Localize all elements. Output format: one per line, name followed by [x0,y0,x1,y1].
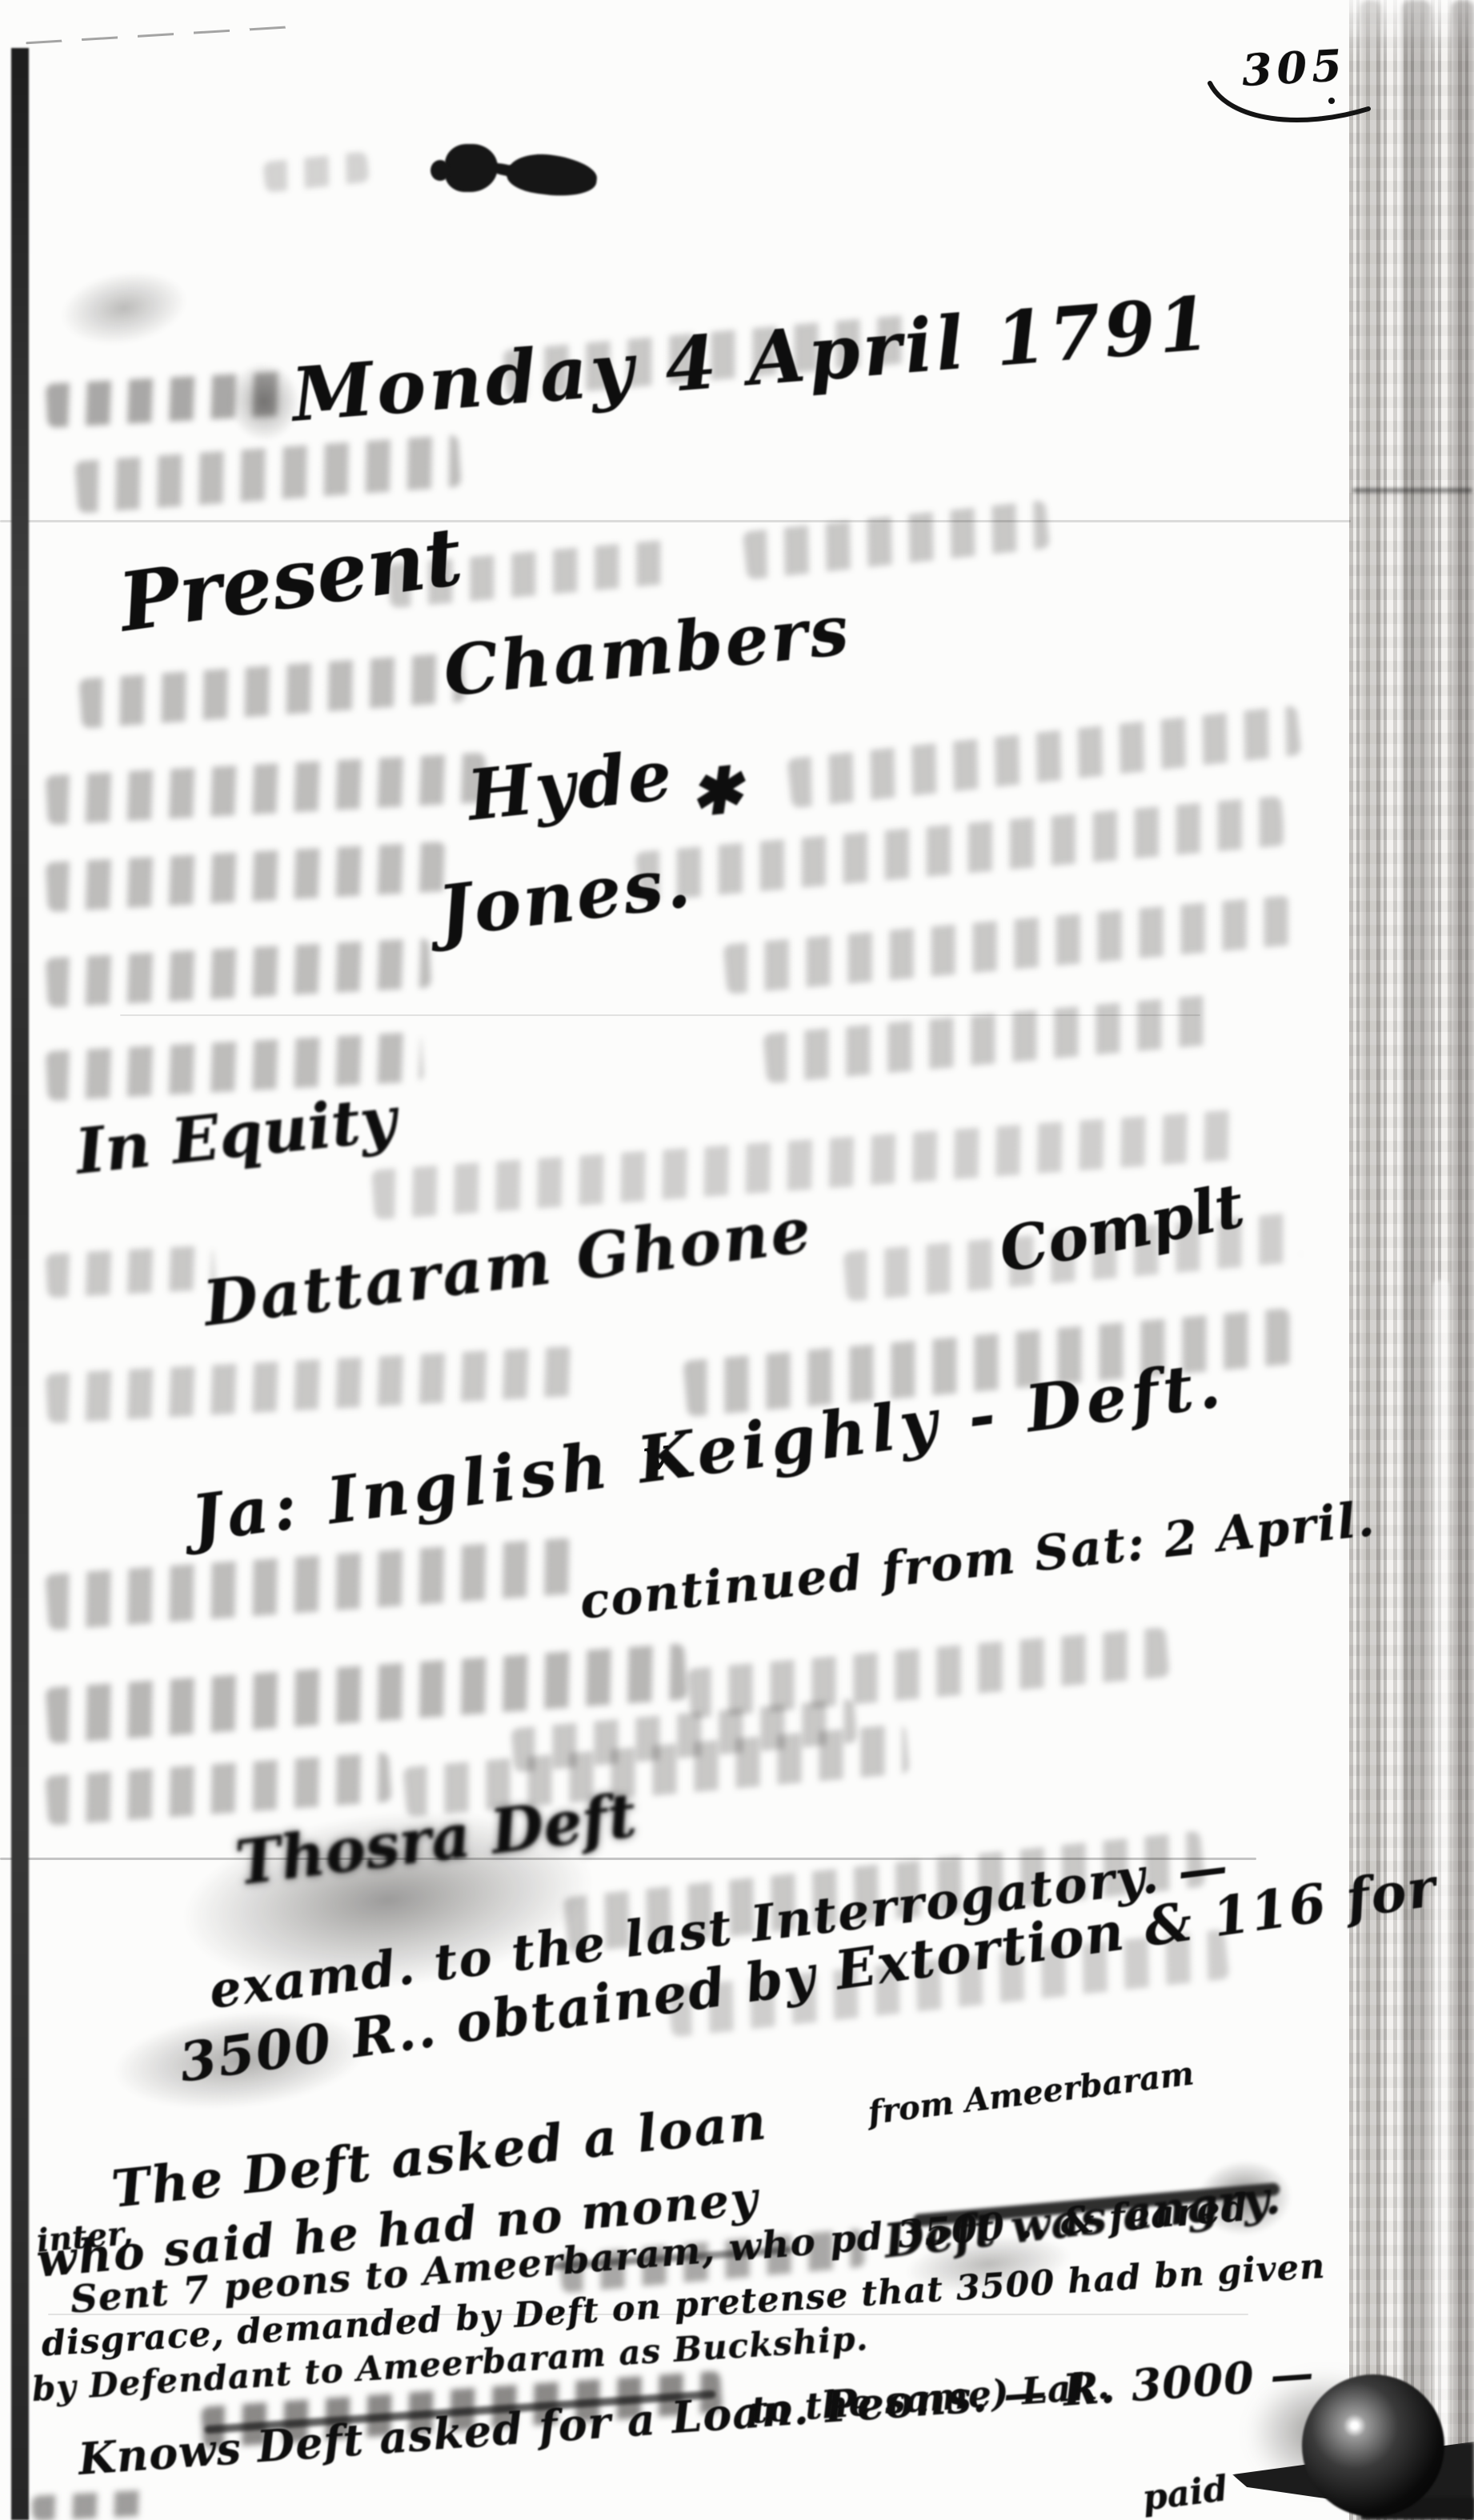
dark-sphere-artifact [1302,2374,1444,2517]
manuscript-page: 305 Monday 4 April 1791 Present Chambers… [0,0,1474,2520]
artifact-layer [0,0,1474,2520]
